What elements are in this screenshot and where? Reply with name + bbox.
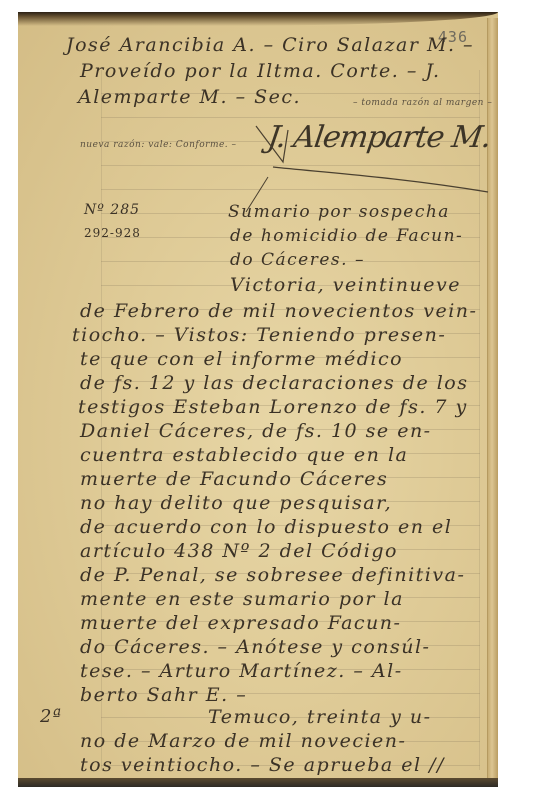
prior-entry-line-1: José Arancibia A. – Ciro Salazar M. – xyxy=(66,34,474,56)
entry-number: Nº 285 xyxy=(84,202,140,218)
body-line-12: artículo 438 Nº 2 del Código xyxy=(80,540,398,562)
body-line-9: muerte de Facundo Cáceres xyxy=(80,468,388,490)
body-line-10: no hay delito que pesquisar, xyxy=(80,492,392,514)
body-line-15: muerte del expresado Facun- xyxy=(80,612,401,634)
body-line-17: tese. – Arturo Martínez. – Al- xyxy=(80,660,403,682)
heading-line-1: Sumario por sospecha xyxy=(228,202,450,222)
heading-line-2: de homicidio de Facun- xyxy=(230,226,463,246)
second-entry-line-2: no de Marzo de mil novecien- xyxy=(80,730,406,752)
entry-reference: 292-928 xyxy=(84,226,141,240)
body-line-5: de fs. 12 y las declaraciones de los xyxy=(80,372,469,394)
body-line-6: testigos Esteban Lorenzo de fs. 7 y xyxy=(78,396,468,418)
bottom-binding-band xyxy=(18,778,498,787)
body-line-14: mente en este sumario por la xyxy=(80,588,404,610)
body-line-2: de Febrero de mil novecientos vein- xyxy=(80,300,477,322)
annotation-right: – tomada razón al margen – xyxy=(353,98,492,108)
body-line-11: de acuerdo con lo dispuesto en el xyxy=(80,516,452,538)
second-entry-line-3: tos veintiocho. – Se aprueba el // xyxy=(80,754,445,776)
body-line-13: de P. Penal, se sobresee definitiva- xyxy=(80,564,465,586)
body-line-1: Victoria, veintinueve xyxy=(230,274,461,296)
body-line-16: do Cáceres. – Anótese y consúl- xyxy=(80,636,430,658)
heading-line-3: do Cáceres. – xyxy=(230,250,365,270)
body-line-8: cuentra establecido que en la xyxy=(80,444,408,466)
prior-entry-line-2: Proveído por la Iltma. Corte. – J. xyxy=(80,60,441,82)
second-entry-label: 2ª xyxy=(40,706,62,727)
annotation-left: nueva razón: vale: Conforme. – xyxy=(80,140,237,150)
second-entry-line-1: Temuco, treinta y u- xyxy=(208,706,432,728)
document-photo: 436 José Arancibia A. – Ciro Salazar M. … xyxy=(18,12,498,787)
prior-entry-line-3: Alemparte M. – Sec. xyxy=(78,86,301,108)
signature: J. Alemparte M. xyxy=(266,120,493,155)
body-line-4: te que con el informe médico xyxy=(80,348,403,370)
body-line-3: tiocho. – Vistos: Teniendo presen- xyxy=(72,324,446,346)
body-line-18: berto Sahr E. – xyxy=(80,684,247,706)
body-line-7: Daniel Cáceres, de fs. 10 se en- xyxy=(80,420,432,442)
